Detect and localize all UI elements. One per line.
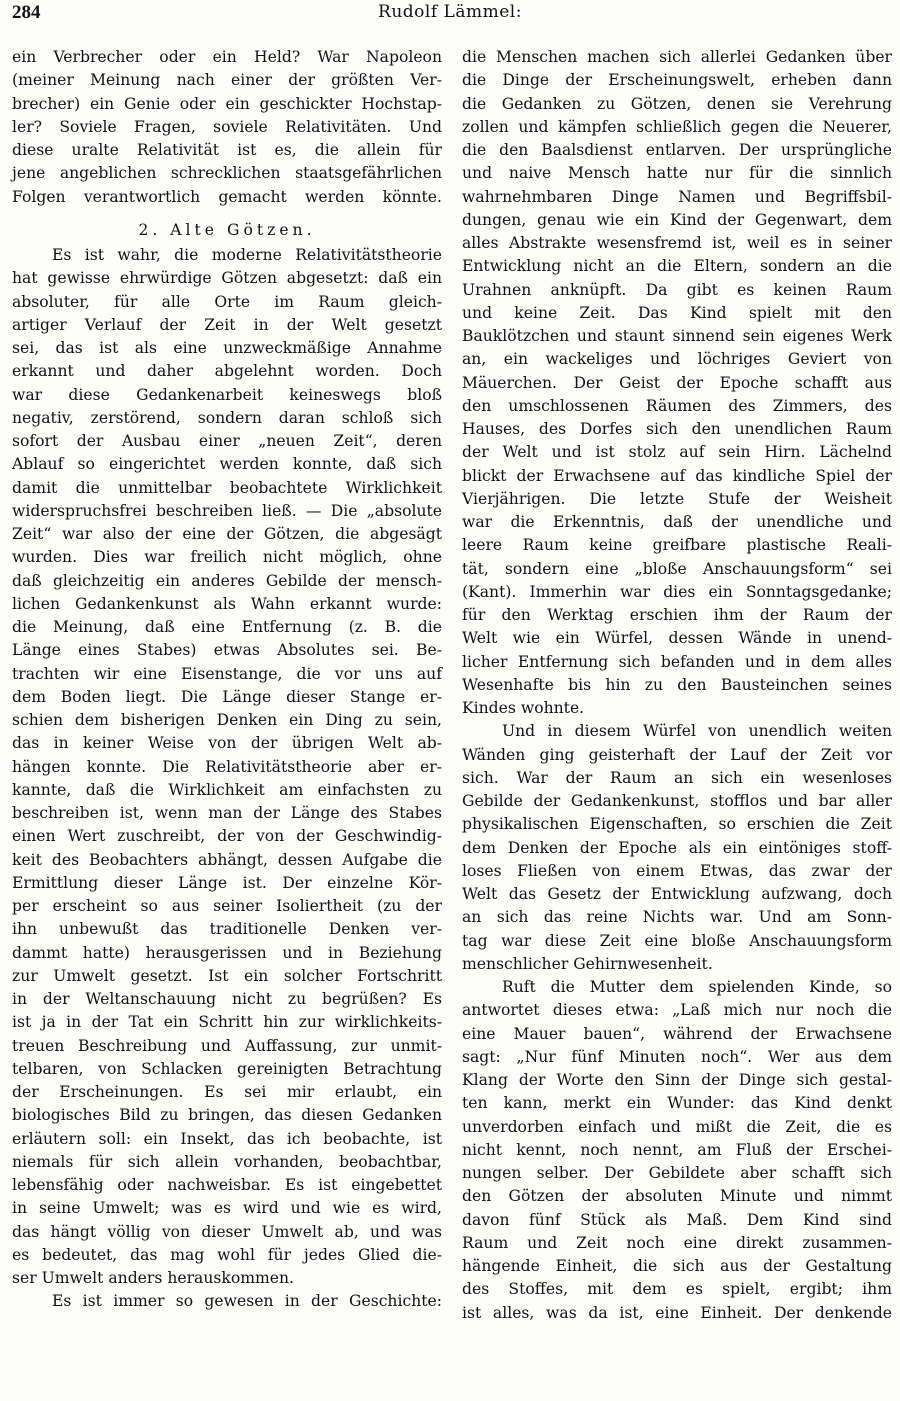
text-line: tag war diese Zeit eine bloße Anschauung…	[462, 930, 892, 953]
text-line: schien dem bisherigen Denken ein Ding zu…	[12, 709, 442, 732]
text-line: nungen selber. Der Gebildete aber schaff…	[462, 1162, 892, 1185]
text-line: Und in diesem Würfel von unendlich weite…	[462, 720, 892, 743]
text-line: dem Denken der Epoche als ein eintöniges…	[462, 837, 892, 860]
text-line: ser Umwelt anders herauskommen.	[12, 1267, 442, 1290]
left-column: ein Verbrecher oder ein Held? War Napole…	[12, 46, 442, 1314]
text-line: in seine Umwelt; was es wird und wie es …	[12, 1197, 442, 1220]
text-line: lichen Gedankenkunst als Wahn erkannt wu…	[12, 593, 442, 616]
text-line: Entwicklung nicht an die Eltern, sondern…	[462, 255, 892, 278]
paragraph: Ruft die Mutter dem spielenden Kinde, so…	[462, 976, 892, 1325]
text-line: erkannt und daher abgelehnt worden. Doch	[12, 360, 442, 383]
text-line: per erscheint so aus seiner Isoliertheit…	[12, 895, 442, 918]
text-line: telbaren, von Schlacken gereinigten Betr…	[12, 1058, 442, 1081]
text-line: loses Fließen von einem Etwas, das zwar …	[462, 860, 892, 883]
text-line: ler? Soviele Fragen, soviele Relativität…	[12, 116, 442, 139]
text-line: und naive Mensch hatte nur für die sinnl…	[462, 162, 892, 185]
text-line: leere Raum keine greifbare plastische Re…	[462, 534, 892, 557]
paragraph: Es ist wahr, die moderne Relativitätsthe…	[12, 244, 442, 1290]
text-line: Es ist immer so gewesen in der Geschicht…	[12, 1290, 442, 1313]
section-heading: 2. Alte Götzen.	[12, 219, 442, 242]
text-line: tät, sondern eine „bloße Anschauungsform…	[462, 558, 892, 581]
text-line: Wesenhafte bis hin zu den Bausteinchen s…	[462, 674, 892, 697]
text-line: treuen Beschreibung und Auffassung, zur …	[12, 1035, 442, 1058]
text-line: Ablauf so eingerichtet werden konnte, da…	[12, 453, 442, 476]
text-line: Kindes wohnte.	[462, 697, 892, 720]
text-line: alles Abstrakte wesensfremd ist, weil es…	[462, 232, 892, 255]
text-line: ist alles, was da ist, eine Einheit. Der…	[462, 1302, 892, 1325]
text-line: antwortet dieses etwa: „Laß mich nur noc…	[462, 999, 892, 1022]
text-line: Folgen verantwortlich gemacht werden kön…	[12, 186, 442, 209]
text-line: die Menschen machen sich allerlei Gedank…	[462, 46, 892, 69]
text-line: Hauses, des Dorfes sich den unendlichen …	[462, 418, 892, 441]
text-line: war die Erkenntnis, daß der unendliche u…	[462, 511, 892, 534]
text-line: brecher) ein Genie oder ein geschickter …	[12, 93, 442, 116]
text-line: sei, das ist als eine unzweckmäßige Anna…	[12, 337, 442, 360]
text-line: hängende Einheit, die sich aus der Gesta…	[462, 1255, 892, 1278]
text-line: sofort der Ausbau einer „neuen Zeit“, de…	[12, 430, 442, 453]
paragraph: ein Verbrecher oder ein Held? War Napole…	[12, 46, 442, 209]
text-line: Mäuerchen. Der Geist der Epoche schafft …	[462, 372, 892, 395]
text-line: davon fünf Stück als Maß. Dem Kind sind	[462, 1209, 892, 1232]
text-line: licher Entfernung sich befanden und in d…	[462, 651, 892, 674]
text-line: wahrnehmbaren Dinge Namen und Begriffsbi…	[462, 186, 892, 209]
text-line: in der Weltanschauung nicht zu begrüßen?…	[12, 988, 442, 1011]
text-line: Bauklötzchen und staunt sinnend sein eig…	[462, 325, 892, 348]
text-line: Ruft die Mutter dem spielenden Kinde, so	[462, 976, 892, 999]
text-line: beschreiben ist, wenn man der Länge des …	[12, 802, 442, 825]
text-line: Vierjährigen. Die letzte Stufe der Weish…	[462, 488, 892, 511]
text-line: des Stoffes, mit dem es spielt, ergibt; …	[462, 1278, 892, 1301]
text-line: die Dinge der Erscheinungswelt, erheben …	[462, 69, 892, 92]
text-line: nicht kennt, noch nennt, am Fluß der Ers…	[462, 1139, 892, 1162]
text-line: die Gedanken zu Götzen, denen sie Verehr…	[462, 93, 892, 116]
text-line: lebensfähig oder nachweisbar. Es ist ein…	[12, 1174, 442, 1197]
text-line: die Meinung, daß eine Entfernung (z. B. …	[12, 616, 442, 639]
text-line: wurden. Dies war freilich nicht möglich,…	[12, 546, 442, 569]
text-line: ein Verbrecher oder ein Held? War Napole…	[12, 46, 442, 69]
text-line: Welt wie ein Würfel, dessen Wände in une…	[462, 627, 892, 650]
text-line: menschlicher Gehirnwesenheit.	[462, 953, 892, 976]
text-line: daß gleichzeitig ein anderes Gebilde der…	[12, 570, 442, 593]
text-line: widerspruchsfrei beschreiben ließ. — Die…	[12, 500, 442, 523]
paragraph: Es ist immer so gewesen in der Geschicht…	[12, 1290, 442, 1313]
text-line: es bedeutet, das mag wohl für jedes Glie…	[12, 1244, 442, 1267]
text-line: Welt das Gesetz der Entwicklung aufzwang…	[462, 883, 892, 906]
text-line: unverdorben einfach und mißt die Zeit, d…	[462, 1116, 892, 1139]
text-line: und keine Zeit. Das Kind spielt mit den	[462, 302, 892, 325]
text-line: das hängt völlig von dieser Umwelt ab, u…	[12, 1221, 442, 1244]
text-line: biologisches Bild zu bringen, das diesen…	[12, 1104, 442, 1127]
text-line: ist ja in der Tat ein Schritt hin zur wi…	[12, 1011, 442, 1034]
text-line: eine Mauer bauen“, während der Erwachsen…	[462, 1023, 892, 1046]
text-line: ihn unbewußt das traditionelle Denken ve…	[12, 918, 442, 941]
text-line: sagt: „Nur fünf Minuten noch“. Wer aus d…	[462, 1046, 892, 1069]
text-line: (Kant). Immerhin war dies ein Sonntagsge…	[462, 581, 892, 604]
text-line: Raum und Zeit noch eine direkt zusammen-	[462, 1232, 892, 1255]
text-line: absoluter, für alle Orte im Raum gleich-	[12, 291, 442, 314]
text-line: Gebilde der Gedankenkunst, stofflos und …	[462, 790, 892, 813]
text-line: dammt hatte) herausgerissen und in Bezie…	[12, 942, 442, 965]
text-line: der Welt und ist stolz auf sein Hirn. Lä…	[462, 441, 892, 464]
text-line: erläutern soll: ein Insekt, das ich beob…	[12, 1128, 442, 1151]
text-line: die den Baalsdienst entlarven. Der urspr…	[462, 139, 892, 162]
text-line: Es ist wahr, die moderne Relativitätsthe…	[12, 244, 442, 267]
text-line: an, ein wackeliges und löchriges Geviert…	[462, 348, 892, 371]
running-head: Rudolf Lämmel:	[0, 2, 900, 22]
page-header: 284 Rudolf Lämmel:	[0, 0, 900, 30]
text-line: Klang der Worte den Sinn der Dinge sich …	[462, 1069, 892, 1092]
paragraph: Und in diesem Würfel von unendlich weite…	[462, 720, 892, 976]
text-line: zollen und kämpfen schließlich gegen die…	[462, 116, 892, 139]
text-line: blickt der Erwachsene auf das kindliche …	[462, 465, 892, 488]
text-line: (meiner Meinung nach einer der größten V…	[12, 69, 442, 92]
text-line: für den Werktag erschien ihm der Raum de…	[462, 604, 892, 627]
text-line: jene angeblichen schrecklichen staatsgef…	[12, 162, 442, 185]
right-column: die Menschen machen sich allerlei Gedank…	[462, 46, 892, 1325]
text-line: ten kann, merkt ein Wunder: das Kind den…	[462, 1092, 892, 1115]
text-line: hängen konnte. Die Relativitätstheorie a…	[12, 756, 442, 779]
text-line: artiger Verlauf der Zeit in der Welt ges…	[12, 314, 442, 337]
text-line: den umschlossenen Räumen des Zimmers, de…	[462, 395, 892, 418]
text-line: Zeit“ war also der eine der Götzen, die …	[12, 523, 442, 546]
text-line: sich. War der Raum an sich ein wesenlose…	[462, 767, 892, 790]
text-line: Wänden ging geisterhaft der Lauf der Zei…	[462, 744, 892, 767]
text-line: dem Boden liegt. Die Länge dieser Stange…	[12, 686, 442, 709]
text-line: das in keiner Weise von der übrigen Welt…	[12, 732, 442, 755]
text-line: zur Umwelt gesetzt. Ist ein solcher Fort…	[12, 965, 442, 988]
text-line: trachten wir eine Eisenstange, die vor u…	[12, 663, 442, 686]
text-line: damit die unmittelbar beobachtete Wirkli…	[12, 477, 442, 500]
text-line: kannte, daß die Wirklichkeit am einfachs…	[12, 779, 442, 802]
text-line: physikalischen Eigenschaften, so erschie…	[462, 813, 892, 836]
text-line: an sich das reine Nichts war. Und am Son…	[462, 906, 892, 929]
text-line: einen Wert zuschreibt, der von der Gesch…	[12, 825, 442, 848]
text-line: der Erscheinungen. Es sei mir erlaubt, e…	[12, 1081, 442, 1104]
paragraph: die Menschen machen sich allerlei Gedank…	[462, 46, 892, 720]
text-line: dungen, genau wie ein Kind der Gegenwart…	[462, 209, 892, 232]
text-line: Urahnen anknüpft. Da gibt es keinen Raum	[462, 279, 892, 302]
text-line: diese uralte Relativität ist es, die all…	[12, 139, 442, 162]
text-line: hat gewisse ehrwürdige Götzen abgesetzt:…	[12, 267, 442, 290]
text-line: keit des Beobachters abhängt, dessen Auf…	[12, 849, 442, 872]
text-line: niemals für sich allein vorhanden, beoba…	[12, 1151, 442, 1174]
text-line: den Götzen der absoluten Minute und nimm…	[462, 1185, 892, 1208]
text-line: Ermittlung dieser Länge ist. Der einzeln…	[12, 872, 442, 895]
text-line: negativ, zerstörend, sondern daran schlo…	[12, 407, 442, 430]
text-line: war diese Gedankenarbeit keineswegs bloß	[12, 384, 442, 407]
text-line: Länge eines Stabes) etwas Absolutes sei.…	[12, 639, 442, 662]
